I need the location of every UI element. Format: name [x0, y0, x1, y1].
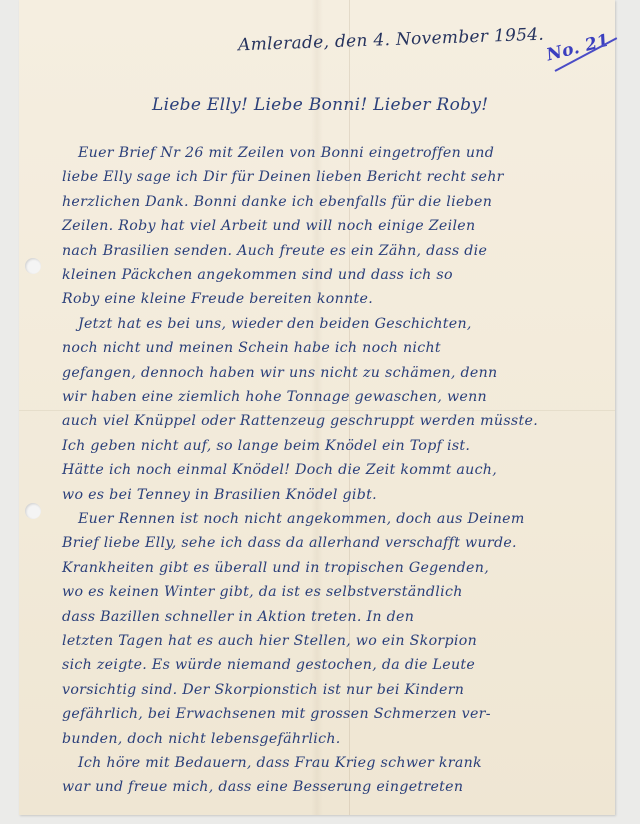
letter-line: auch viel Knüppel oder Rattenzeug geschr…: [62, 413, 538, 429]
salutation: Liebe Elly! Liebe Bonni! Lieber Roby!: [152, 95, 488, 115]
letter-line: Brief liebe Elly, sehe ich dass da aller…: [62, 535, 517, 551]
letter-line: Jetzt hat es bei uns, wieder den beiden …: [78, 316, 472, 332]
letter-line: gefährlich, bei Erwachsenen mit grossen …: [62, 706, 491, 722]
letter-line: sich zeigte. Es würde niemand gestochen,…: [62, 657, 475, 673]
letter-line: Ich geben nicht auf, so lange beim Knöde…: [62, 438, 470, 454]
letter-line: war und freue mich, dass eine Besserung …: [62, 779, 463, 795]
letter-line: dass Bazillen schneller in Aktion treten…: [62, 609, 414, 625]
letter-line: letzten Tagen hat es auch hier Stellen, …: [62, 633, 477, 649]
letter-line: wir haben eine ziemlich hohe Tonnage gew…: [62, 389, 487, 405]
letter-line: wo es bei Tenney in Brasilien Knödel gib…: [62, 487, 377, 503]
punch-hole-bottom: [25, 503, 41, 519]
punch-hole-top: [25, 258, 41, 274]
letter-line: wo es keinen Winter gibt, da ist es selb…: [62, 584, 463, 600]
paper-fold-horizontal: [19, 410, 615, 411]
letter-line: Ich höre mit Bedauern, dass Frau Krieg s…: [78, 755, 482, 771]
letter-line: noch nicht und meinen Schein habe ich no…: [62, 340, 441, 356]
letter-line: vorsichtig sind. Der Skorpionstich ist n…: [62, 682, 464, 698]
letter-line: kleinen Päckchen angekommen sind und das…: [62, 267, 453, 283]
letter-line: Roby eine kleine Freude bereiten konnte.: [62, 291, 373, 307]
letter-line: gefangen, dennoch haben wir uns nicht zu…: [62, 365, 497, 381]
letter-line: Euer Brief Nr 26 mit Zeilen von Bonni ei…: [78, 145, 494, 161]
letter-line: herzlichen Dank. Bonni danke ich ebenfal…: [62, 194, 492, 210]
letter-line: bunden, doch nicht lebensgefährlich.: [62, 731, 341, 747]
letter-line: Zeilen. Roby hat viel Arbeit und will no…: [62, 218, 475, 234]
letter-line: liebe Elly sage ich Dir für Deinen liebe…: [62, 169, 504, 185]
letter-line: Hätte ich noch einmal Knödel! Doch die Z…: [62, 462, 497, 478]
letter-line: Euer Rennen ist noch nicht angekommen, d…: [78, 511, 525, 527]
letter-line: Krankheiten gibt es überall und in tropi…: [62, 560, 489, 576]
letter-line: nach Brasilien senden. Auch freute es ei…: [62, 243, 487, 259]
